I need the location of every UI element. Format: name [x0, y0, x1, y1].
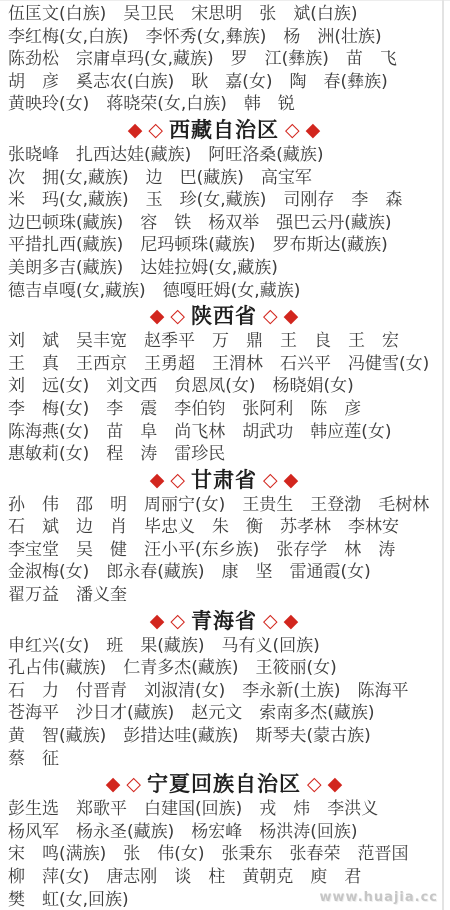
name-row: 美朗多吉(藏族) 达娃拉姆(女,藏族)	[8, 257, 440, 280]
name-row: 彭生选 郑歌平 白建国(回族) 戎 炜 李洪义	[8, 798, 440, 821]
name-row: 陈劲松 宗庸卓玛(女,藏族) 罗 江(彝族) 苗 飞	[8, 48, 440, 71]
name-row: 孙 伟 邵 明 周丽宁(女) 王贵生 王登渤 毛树林	[8, 494, 440, 517]
section-continuation: 伍匡文(白族) 吴卫民 宋思明 张 斌(白族) 李红梅(女,白族) 李怀秀(女,…	[8, 3, 440, 116]
name-row: 德吉卓嘎(女,藏族) 德嘎旺姆(女,藏族)	[8, 280, 440, 303]
diamond-filled-icon: ◆	[128, 119, 143, 141]
name-row: 张晓峰 扎西达娃(藏族) 阿旺洛桑(藏族)	[8, 144, 440, 167]
diamond-filled-icon: ◆	[328, 773, 343, 795]
name-row: 杨风军 杨永圣(藏族) 杨宏峰 杨洪涛(回族)	[8, 821, 440, 844]
section-header-qinghai: ◆◇青海省◇◆	[8, 607, 440, 635]
section-header-xizang: ◆◇西藏自治区◇◆	[8, 116, 440, 144]
diamond-hollow-icon: ◇	[170, 610, 185, 632]
section-title: 陕西省	[191, 304, 257, 328]
name-row: 米 玛(女,藏族) 玉 珍(女,藏族) 司刚存 李 森	[8, 189, 440, 212]
name-row: 伍匡文(白族) 吴卫民 宋思明 张 斌(白族)	[8, 3, 440, 26]
name-row: 金淑梅(女) 郎永春(藏族) 康 坚 雷通霞(女)	[8, 561, 440, 584]
diamond-hollow-icon: ◇	[170, 469, 185, 491]
name-row: 苍海平 沙日才(藏族) 赵元文 索南多杰(藏族)	[8, 702, 440, 725]
name-row: 李 梅(女) 李 震 李伯钧 张阿利 陈 彦	[8, 398, 440, 421]
diamond-filled-icon: ◆	[106, 773, 121, 795]
section-header-gansu: ◆◇甘肃省◇◆	[8, 466, 440, 494]
section-title: 甘肃省	[191, 468, 257, 492]
section-xizang: 张晓峰 扎西达娃(藏族) 阿旺洛桑(藏族) 次 拥(女,藏族) 边 巴(藏族) …	[8, 144, 440, 302]
diamond-hollow-icon: ◇	[307, 773, 322, 795]
diamond-hollow-icon: ◇	[263, 610, 278, 632]
name-row: 平措扎西(藏族) 尼玛顿珠(藏族) 罗布斯达(藏族)	[8, 234, 440, 257]
section-title: 西藏自治区	[169, 118, 279, 142]
section-title: 青海省	[191, 609, 257, 633]
name-row: 孔占伟(藏族) 仁青多杰(藏族) 王筱丽(女)	[8, 657, 440, 680]
diamond-hollow-icon: ◇	[148, 119, 163, 141]
diamond-hollow-icon: ◇	[170, 305, 185, 327]
diamond-hollow-icon: ◇	[285, 119, 300, 141]
diamond-hollow-icon: ◇	[126, 773, 141, 795]
name-row: 翟万益 潘义奎	[8, 584, 440, 607]
name-row: 石 力 付晋青 刘淑清(女) 李永新(土族) 陈海平	[8, 680, 440, 703]
name-row: 宋 鸣(满族) 张 伟(女) 张秉东 张春荣 范晋国	[8, 843, 440, 866]
section-gansu: 孙 伟 邵 明 周丽宁(女) 王贵生 王登渤 毛树林 石 斌 边 肖 毕忠义 朱…	[8, 494, 440, 607]
name-row: 李宝堂 吴 健 汪小平(东乡族) 张存学 林 涛	[8, 539, 440, 562]
name-row: 胡 彦 奚志农(白族) 耿 嘉(女) 陶 春(彝族)	[8, 71, 440, 94]
name-row: 边巴顿珠(藏族) 容 铁 杨双举 强巴云丹(藏族)	[8, 212, 440, 235]
name-row: 刘 斌 吴丰宽 赵季平 万 鼎 王 良 王 宏	[8, 330, 440, 353]
diamond-filled-icon: ◆	[150, 610, 165, 632]
section-header-ningxia: ◆◇宁夏回族自治区◇◆	[8, 770, 440, 798]
name-row: 陈海燕(女) 苗 阜 尚飞林 胡武功 韩应莲(女)	[8, 421, 440, 444]
diamond-filled-icon: ◆	[284, 610, 299, 632]
name-row: 蔡 征	[8, 748, 440, 771]
watermark: www.huajia.cc	[320, 890, 438, 905]
section-title: 宁夏回族自治区	[147, 772, 301, 796]
name-row: 柳 萍(女) 唐志刚 谈 柱 黄朝克 庾 君	[8, 866, 440, 889]
section-qinghai: 申红兴(女) 班 果(藏族) 马有义(回族) 孔占伟(藏族) 仁青多杰(藏族) …	[8, 635, 440, 771]
name-row: 黄 智(藏族) 彭措达哇(藏族) 斯琴夫(蒙古族)	[8, 725, 440, 748]
section-header-shaanxi: ◆◇陕西省◇◆	[8, 302, 440, 330]
diamond-hollow-icon: ◇	[263, 469, 278, 491]
diamond-filled-icon: ◆	[284, 305, 299, 327]
delegate-name-list-document: 伍匡文(白族) 吴卫民 宋思明 张 斌(白族) 李红梅(女,白族) 李怀秀(女,…	[0, 0, 450, 910]
diamond-filled-icon: ◆	[150, 305, 165, 327]
section-shaanxi: 刘 斌 吴丰宽 赵季平 万 鼎 王 良 王 宏 王 真 王西京 王勇超 王渭林 …	[8, 330, 440, 466]
diamond-filled-icon: ◆	[284, 469, 299, 491]
diamond-filled-icon: ◆	[306, 119, 321, 141]
name-row: 石 斌 边 肖 毕忠义 朱 衡 苏孝林 李林安	[8, 516, 440, 539]
diamond-hollow-icon: ◇	[263, 305, 278, 327]
name-row: 次 拥(女,藏族) 边 巴(藏族) 高宝军	[8, 167, 440, 190]
name-row: 刘 远(女) 刘文西 贠恩凤(女) 杨晓娟(女)	[8, 375, 440, 398]
diamond-filled-icon: ◆	[150, 469, 165, 491]
name-row: 申红兴(女) 班 果(藏族) 马有义(回族)	[8, 635, 440, 658]
name-row: 王 真 王西京 王勇超 王渭林 石兴平 冯健雪(女)	[8, 353, 440, 376]
name-row: 黄映玲(女) 蒋晓荣(女,白族) 韩 锐	[8, 93, 440, 116]
name-row: 李红梅(女,白族) 李怀秀(女,彝族) 杨 洲(壮族)	[8, 26, 440, 49]
name-row: 惠敏莉(女) 程 涛 雷珍民	[8, 443, 440, 466]
